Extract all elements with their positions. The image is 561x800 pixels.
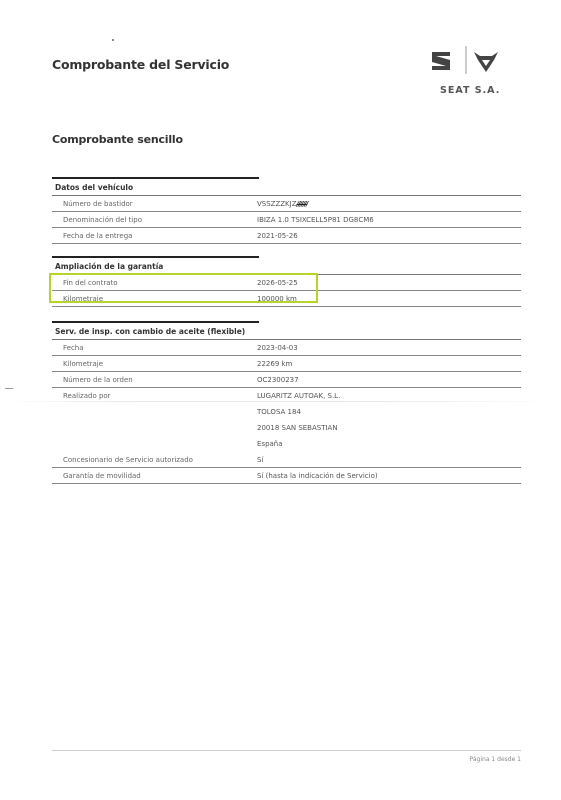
table-row: Kilometraje 22269 km <box>52 356 521 372</box>
table-row: Fecha de la entrega 2021-05-26 <box>52 228 521 244</box>
table-row: 20018 SAN SEBASTIAN <box>52 420 521 436</box>
table-row: Fin del contrato 2026-05-25 <box>52 275 521 291</box>
brand-logos <box>430 44 510 78</box>
row-value: 2023-04-03 <box>255 344 521 352</box>
warranty-section: Ampliación de la garantía Fin del contra… <box>52 256 521 307</box>
table-row: España <box>52 436 521 452</box>
row-value: 100000 km <box>255 295 521 303</box>
cupra-logo-icon <box>474 52 498 72</box>
page-number: Página 1 desde 1 <box>470 756 521 763</box>
table-row: Fecha 2023-04-03 <box>52 340 521 356</box>
section-heading: Ampliación de la garantía <box>52 258 521 275</box>
row-label: Denominación del tipo <box>52 216 255 224</box>
table-row: Kilometraje 100000 km <box>52 291 521 307</box>
row-value: TOLOSA 184 <box>255 408 521 416</box>
document-title: Comprobante del Servicio <box>52 57 229 72</box>
row-label: Número de bastidor <box>52 200 255 208</box>
row-value: LUGARITZ AUTOAK, S.L. <box>255 392 521 400</box>
row-value: Sí <box>255 456 521 464</box>
row-value: España <box>255 440 521 448</box>
document-subtitle: Comprobante sencillo <box>52 133 183 146</box>
brand-name: SEAT S.A. <box>440 85 500 96</box>
row-value: 2026-05-25 <box>255 279 521 287</box>
row-value: IBIZA 1.0 TSIXCELL5P81 DG8CM6 <box>255 216 521 224</box>
vehicle-section: Datos del vehículo Número de bastidor VS… <box>52 177 521 244</box>
table-row: Realizado por LUGARITZ AUTOAK, S.L. <box>52 388 521 404</box>
scan-mark <box>5 388 13 389</box>
table-row: Número de la orden OC2300237 <box>52 372 521 388</box>
row-label: Realizado por <box>52 392 255 400</box>
footer-divider <box>52 750 521 751</box>
row-label: Fecha de la entrega <box>52 232 255 240</box>
row-value: Sí (hasta la indicación de Servicio) <box>255 472 521 480</box>
scan-speck <box>112 39 114 41</box>
section-heading: Serv. de insp. con cambio de aceite (fle… <box>52 323 521 340</box>
row-label: Garantía de movilidad <box>52 472 255 480</box>
row-value: VSSZZZKJZ/////// <box>255 200 521 208</box>
table-row: Denominación del tipo IBIZA 1.0 TSIXCELL… <box>52 212 521 228</box>
row-label: Número de la orden <box>52 376 255 384</box>
table-row: Número de bastidor VSSZZZKJZ/////// <box>52 196 521 212</box>
row-label: Fin del contrato <box>52 279 255 287</box>
section-heading: Datos del vehículo <box>52 179 521 196</box>
table-row: Concesionario de Servicio autorizado Sí <box>52 452 521 468</box>
row-value: 22269 km <box>255 360 521 368</box>
vin-prefix: VSSZZZKJZ <box>257 200 297 208</box>
row-label: Concesionario de Servicio autorizado <box>52 456 255 464</box>
table-row: Garantía de movilidad Sí (hasta la indic… <box>52 468 521 484</box>
table-row: TOLOSA 184 <box>52 404 521 420</box>
service-section: Serv. de insp. con cambio de aceite (fle… <box>52 321 521 484</box>
row-label: Kilometraje <box>52 360 255 368</box>
row-label: Fecha <box>52 344 255 352</box>
seat-logo-icon <box>432 52 450 70</box>
row-label: Kilometraje <box>52 295 255 303</box>
redacted-vin: /////// <box>297 200 308 208</box>
row-value: 2021-05-26 <box>255 232 521 240</box>
row-value: OC2300237 <box>255 376 521 384</box>
row-value: 20018 SAN SEBASTIAN <box>255 424 521 432</box>
